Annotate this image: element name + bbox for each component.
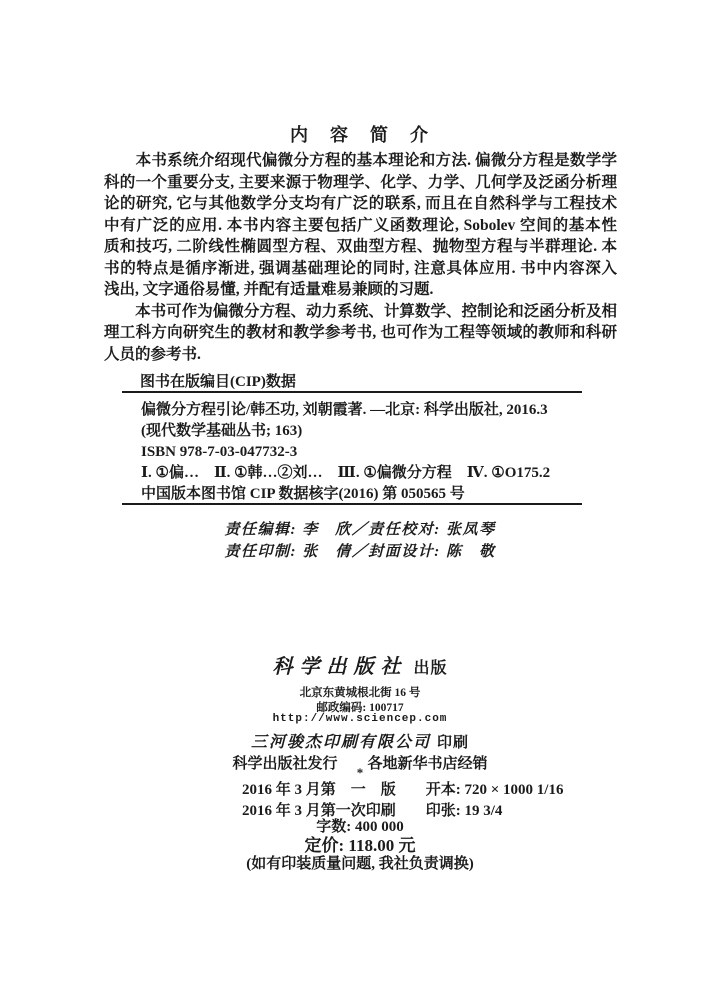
cip-divider-bottom (122, 503, 582, 505)
intro-line: 本书系统介绍现代偏微分方程的基本理论和方法. 偏微分方程是数学学 (104, 150, 617, 172)
intro-line: 书的特点是循序渐进, 强调基础理论的同时, 注意具体应用. 书中内容深入 (104, 258, 617, 280)
publisher-name: 科学出版社 (272, 656, 407, 678)
intro-line: 论的研究, 它与其他数学分支均有广泛的联系, 而且在自然科学与工程技术 (104, 193, 617, 215)
copyright-page: 内 容 简 介 本书系统介绍现代偏微分方程的基本理论和方法. 偏微分方程是数学学… (0, 0, 720, 1000)
cip-classification-line: Ⅰ. ①偏… Ⅱ. ①韩…②刘… Ⅲ. ①偏微分方程 Ⅳ. ①O175.2 (141, 465, 611, 486)
staff-credits-production: 责任印制: 张 倩／封面设计: 陈 敬 (0, 540, 720, 561)
quality-notice: (如有印装质量问题, 我社负责调换) (0, 852, 720, 873)
cip-divider-top (122, 391, 582, 393)
intro-line: 中有广泛的应用. 本书内容主要包括广义函数理论, Sobolev 空间的基本性 (104, 215, 617, 237)
staff-credits-editors: 责任编辑: 李 欣／责任校对: 张凤琴 (0, 518, 720, 539)
intro-line: 科的一个重要分支, 主要来源于物理学、化学、力学、几何学及泛函分析理 (104, 172, 617, 194)
intro-line: 质和技巧, 二阶线性椭圆型方程、双曲型方程、抛物型方程与半群理论. 本 (104, 236, 617, 258)
asterisk-separator: * (0, 765, 720, 781)
cip-series-line: (现代数学基础丛书; 163) (141, 423, 611, 444)
printer-name: 三河骏杰印刷有限公司 (251, 734, 431, 751)
printer-line: 三河骏杰印刷有限公司印刷 (0, 729, 720, 752)
cip-data-block: 偏微分方程引论/韩丕功, 刘朝霞著. —北京: 科学出版社, 2016.3 (现… (141, 402, 611, 507)
intro-line: 浅出, 文字通俗易懂, 并配有适量难易兼顾的习题. (104, 279, 617, 301)
publisher-role-label: 出版 (413, 660, 447, 677)
publisher-address: 北京东黄城根北街 16 号 (0, 684, 720, 700)
publisher-website: http://www.sciencep.com (0, 713, 720, 725)
cip-header: 图书在版编目(CIP)数据 (140, 370, 296, 391)
intro-line: 人员的参考书. (104, 344, 617, 366)
content-summary-paragraphs: 本书系统介绍现代偏微分方程的基本理论和方法. 偏微分方程是数学学 科的一个重要分… (104, 150, 617, 365)
printer-role-label: 印刷 (437, 735, 469, 751)
cip-title-line: 偏微分方程引论/韩丕功, 刘朝霞著. —北京: 科学出版社, 2016.3 (141, 402, 611, 423)
edition-format-line: 2016 年 3 月第 一 版 开本: 720 × 1000 1/16 (242, 780, 563, 801)
intro-line: 本书可作为偏微分方程、动力系统、计算数学、控制论和泛函分析及相关 (104, 301, 617, 323)
cip-isbn-line: ISBN 978-7-03-047732-3 (141, 444, 611, 465)
content-summary-title: 内 容 简 介 (0, 121, 720, 147)
intro-line: 理工科方向研究生的教材和教学参考书, 也可作为工程等领域的教师和科研 (104, 322, 617, 344)
publisher-line: 科学出版社出版 (0, 650, 720, 679)
